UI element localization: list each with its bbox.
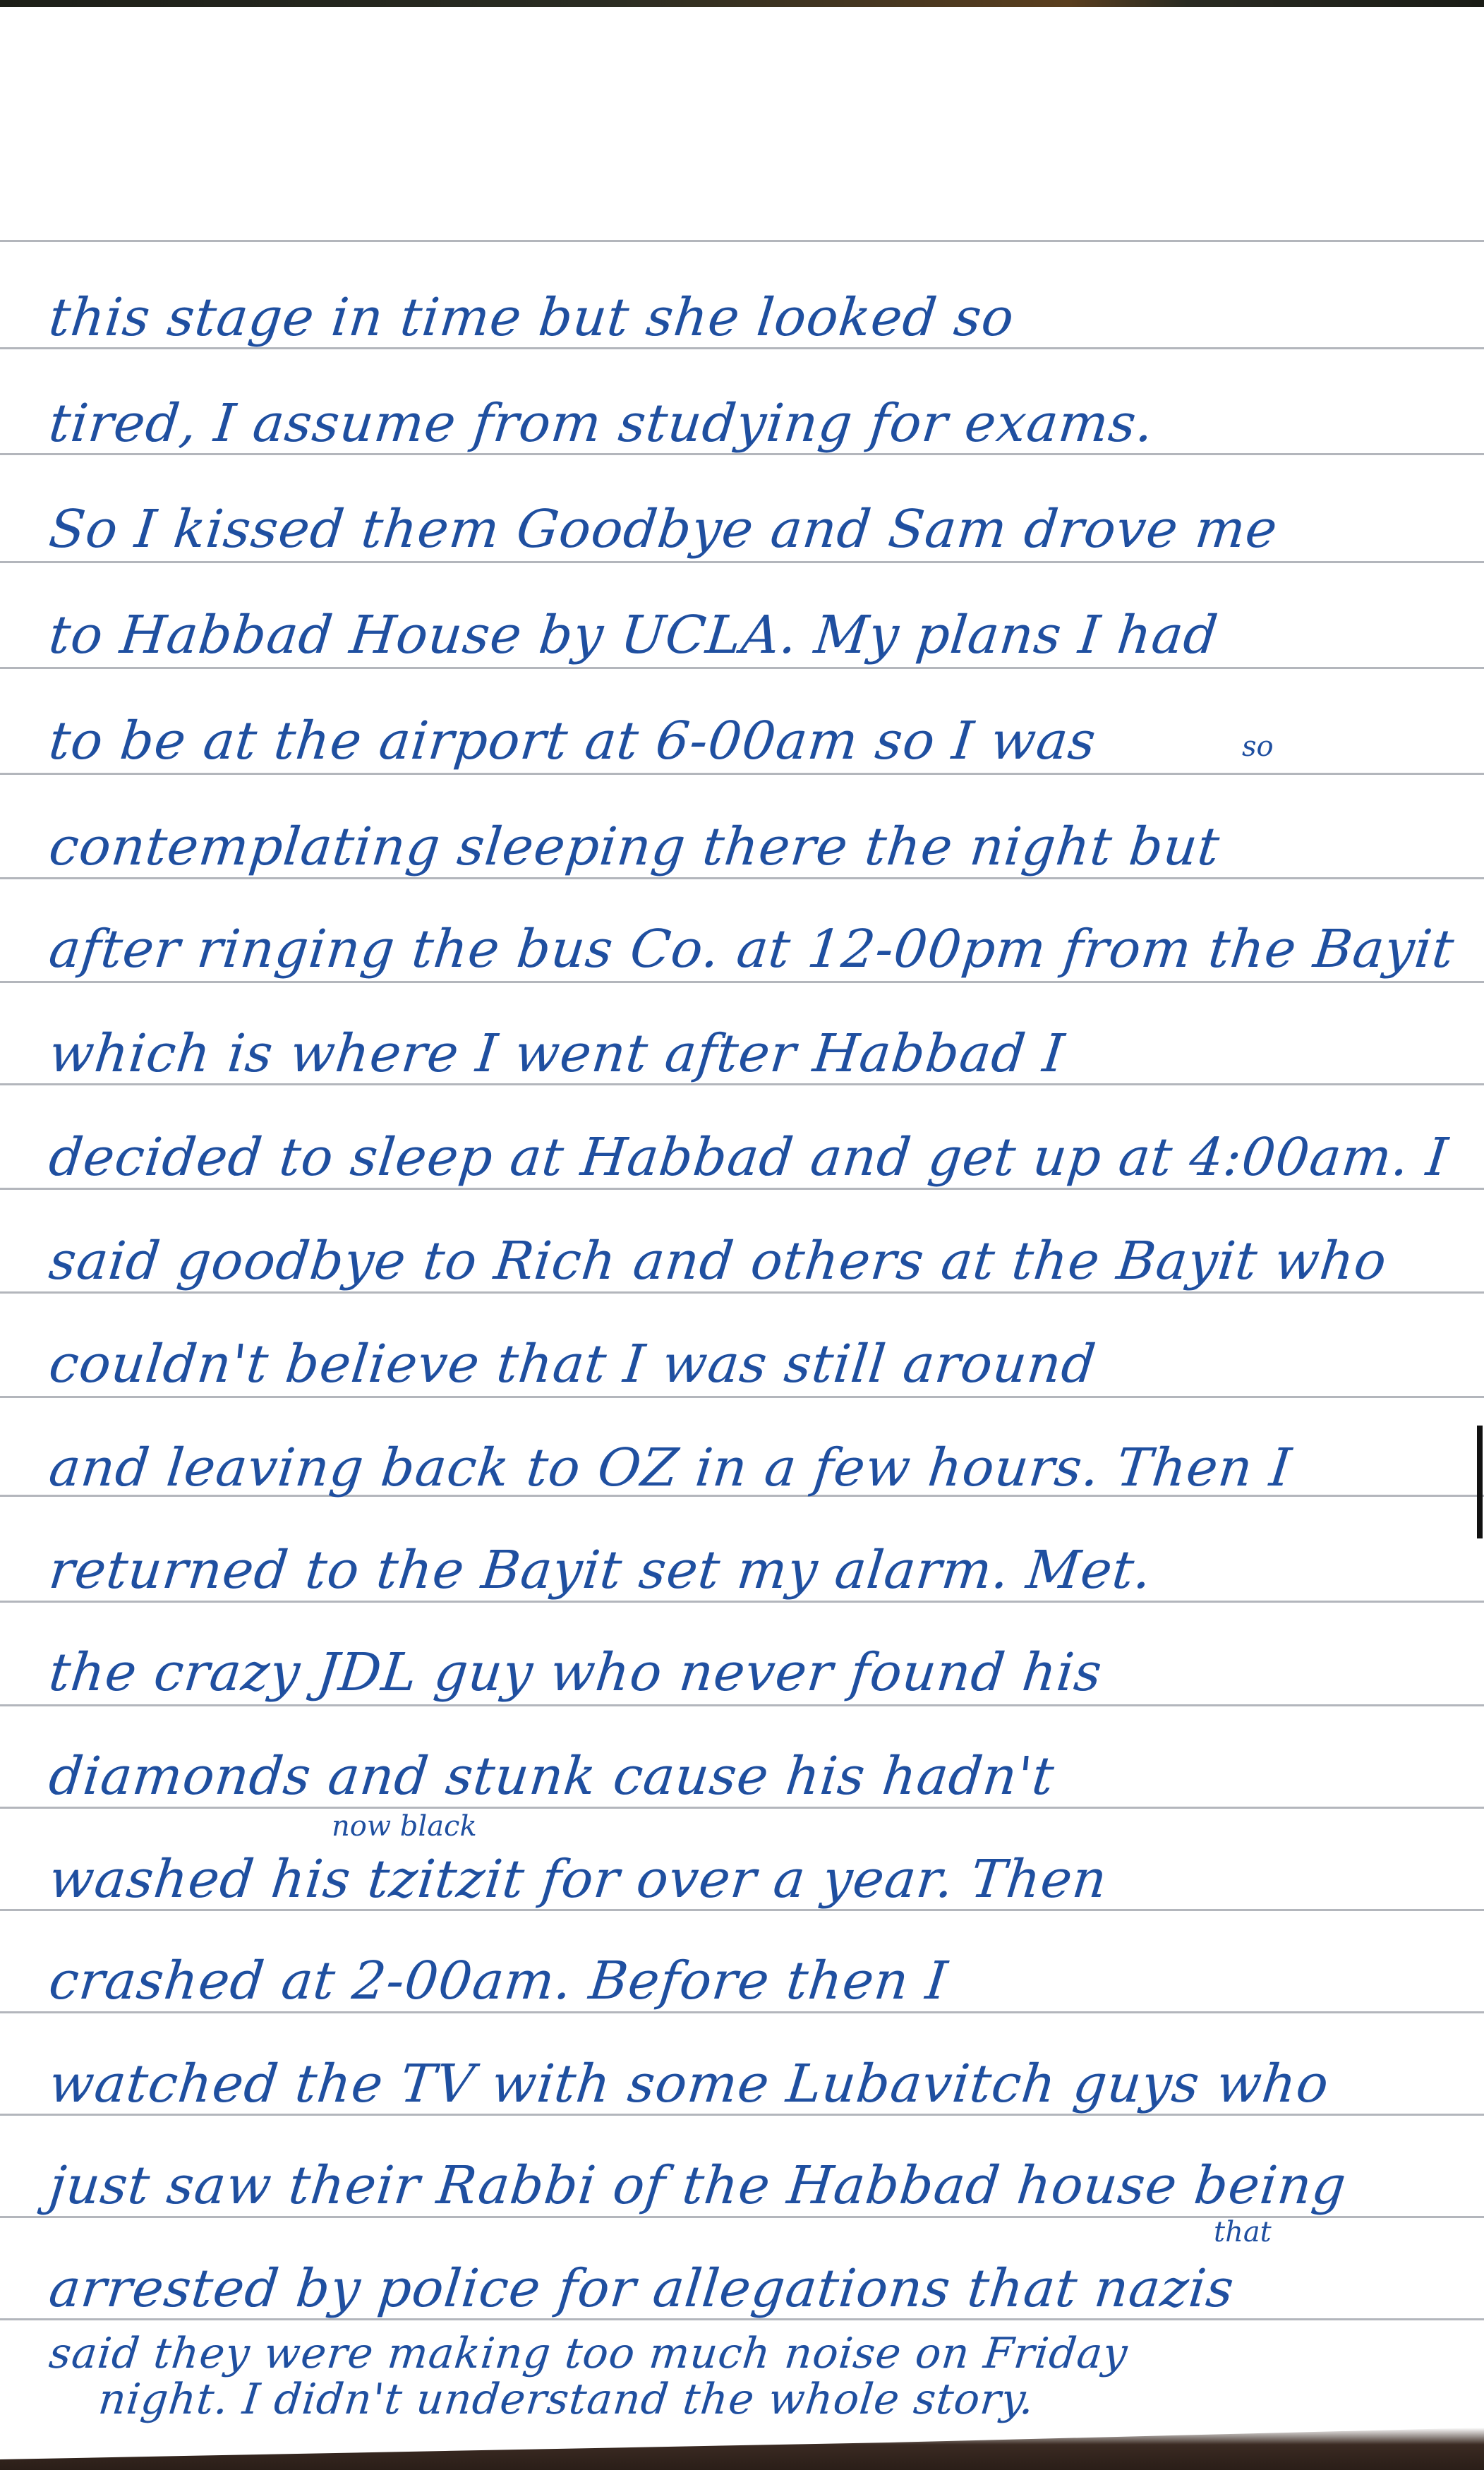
handwritten-line: arrested by police for allegations that … <box>46 2257 1471 2320</box>
handwritten-line: after ringing the bus Co. at 12-00pm fro… <box>46 917 1471 981</box>
handwritten-line: said goodbye to Rich and others at the B… <box>46 1229 1471 1293</box>
handwritten-line: the crazy JDL guy who never found his <box>46 1641 1471 1704</box>
ruled-line <box>0 561 1484 563</box>
handwritten-line: diamonds and stunk cause his hadn't <box>46 1745 1471 1808</box>
handwritten-line: just saw their Rabbi of the Habbad house… <box>46 2154 1471 2217</box>
handwritten-line: crashed at 2-00am. Before then I <box>46 1949 1471 2013</box>
page-edge-mark <box>1477 1426 1483 1538</box>
notebook-page: this stage in time but she looked so tir… <box>0 0 1484 2470</box>
ruled-line <box>0 1396 1484 1398</box>
handwritten-line: which is where I went after Habbad I <box>46 1022 1471 1085</box>
inserted-word: that <box>1214 2216 1272 2248</box>
handwritten-line: this stage in time but she looked so <box>46 286 1471 349</box>
ruled-line <box>0 1704 1484 1706</box>
handwritten-line: to Habbad House by UCLA. My plans I had <box>46 603 1471 667</box>
handwritten-line: returned to the Bayit set my alarm. Met. <box>46 1538 1471 1602</box>
handwritten-line: said they were making too much noise on … <box>47 2329 1470 2378</box>
ruled-line <box>0 773 1484 775</box>
inserted-word: now black <box>332 1810 477 1843</box>
handwritten-line: night. I didn't understand the whole sto… <box>96 2375 1484 2424</box>
ruled-line <box>0 981 1484 983</box>
inserted-word: so <box>1242 730 1274 763</box>
handwritten-line: decided to sleep at Habbad and get up at… <box>46 1126 1471 1189</box>
handwritten-line: washed his tzitzit for over a year. Then <box>46 1848 1471 1911</box>
handwritten-line: tired, I assume from studying for exams. <box>46 392 1471 455</box>
ruled-line <box>0 667 1484 669</box>
handwritten-line: So I kissed them Goodbye and Sam drove m… <box>46 498 1471 561</box>
handwritten-line: and leaving back to OZ in a few hours. T… <box>46 1436 1471 1500</box>
handwritten-line: contemplating sleeping there the night b… <box>46 815 1471 879</box>
handwritten-line: couldn't believe that I was still around <box>46 1332 1471 1396</box>
handwritten-line: watched the TV with some Lubavitch guys … <box>46 2052 1471 2116</box>
ruled-line <box>0 240 1484 242</box>
